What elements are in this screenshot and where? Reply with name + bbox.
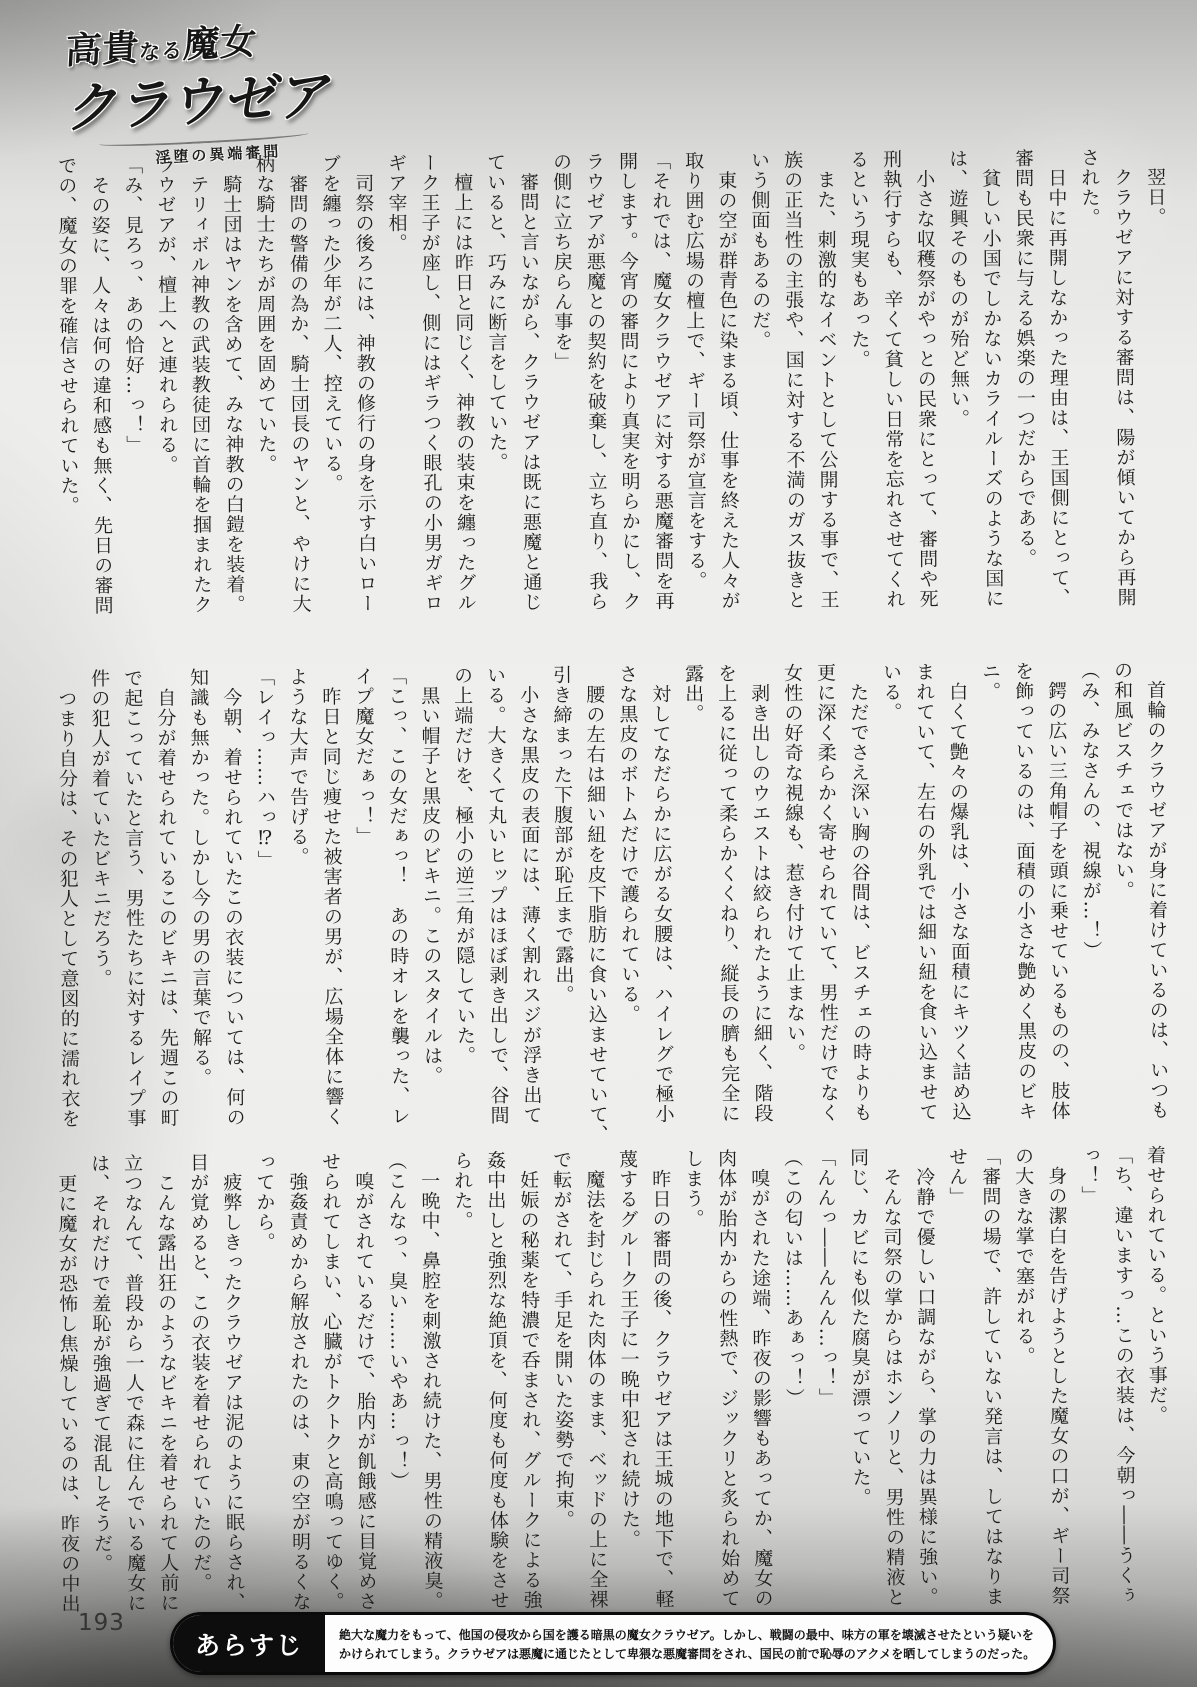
text-column: 昨日の審問の後、クラウゼアは王城の地下で、軽 [643,1149,680,1609]
text-column: ーク王子が座し、側にはギラつく眼孔の小男ガギロ [412,153,449,613]
text-column: まれていて、左右の外乳では細い紐を食い込ませて [907,662,944,1142]
text-column: 同じ、カビにも似た腐臭が漂っていた。 [841,1147,878,1607]
text-column: 立つなんて、普段から一人で森に住んでいる魔女に [115,1153,152,1613]
novel-page: 高貴なる魔女 クラウゼア 淫堕の異端審問 翌日。 クラウゼアに対する審問は、陽が… [0,0,1197,1687]
text-column: された。 [1072,148,1109,608]
text-column: 引き締まった下腹部が恥丘まで露出。 [544,665,581,1145]
text-column: 腰の左右は細い紐を皮下脂肪に食い込ませていて、 [577,664,614,1144]
text-column: また、刺激的なイベントとして公開する事で、王 [808,150,845,610]
text-column: の上端だけを、極小の逆三角が隠していた。 [445,665,482,1145]
text-column: 対してなだらかに広がる女腰は、ハイレグで極小 [643,664,680,1144]
text-column: 露出。 [676,664,713,1144]
text-column: 族の正当性の主張や、国に対する不満のガス抜きと [775,150,812,610]
text-column: られた。 [445,1150,482,1610]
text-column: 今朝、着せられていたこの衣装については、何の [214,667,251,1147]
text-column: つまり自分は、その犯人として意図的に濡れ衣を [49,669,86,1149]
text-column: の大きな掌で塞がれる。 [1006,1146,1043,1606]
text-column: ギア宰相。 [379,153,416,613]
synopsis-label: あらすじ [173,1615,325,1672]
series-logo: 高貴なる魔女 クラウゼア 淫堕の異端審問 [64,9,351,172]
text-column: 檀上には昨日と同じく、神教の装束を纏ったグル [445,152,482,612]
text-column: 蔑するグルーク王子に一晩中犯され続けた。 [610,1149,647,1609]
text-column: （こんなっ、臭い……いやあ…っ！） [379,1151,416,1611]
text-column: ラウゼアが、檀上へと連れられる。 [148,155,185,615]
text-column: 「それでは、魔女クラウゼアに対する悪魔審問を再 [643,151,680,611]
text-column: ブを纏った少年が二人、控えている。 [313,153,350,613]
text-column: 「み、見ろっ、あの恰好…っ！」 [115,155,152,615]
text-column: しまう。 [676,1149,713,1609]
text-column: テリィボル神教の武装教徒団に首輪を掴まれたク [181,155,218,615]
text-column: 知識も無かった。しかし今の男の言葉で解る。 [181,668,218,1148]
text-column: 鍔の広い三角帽子を頭に乗せているものの、肢体 [1039,661,1076,1141]
text-column: 一晩中、鼻腔を刺激され続けた、男性の精液臭。 [412,1151,449,1611]
text-band-top: 翌日。 クラウゼアに対する審問は、陽が傾いてから再開された。 日中に再開しなかっ… [49,147,1175,616]
text-column: ってから。 [247,1152,284,1612]
text-column: 嗅がされた途端、昨夜の影響もあってか、魔女の [742,1148,779,1608]
text-column: 更に魔女が恐怖し焦燥しているのは、昨夜の中出 [49,1154,86,1614]
text-column: せられてしまい、心臓がトクトクと高鳴ってゆく。 [313,1151,350,1611]
text-column: 柄な騎士たちが周囲を固めていた。 [247,154,284,614]
text-column: クラウゼアに対する審問は、陽が傾いてから再開 [1105,147,1142,607]
text-band-middle: 首輪のクラウゼアが身に着けているのは、いつもの和風ビスチェではない。（み、みなさ… [49,660,1175,1149]
text-column: るという現実もあった。 [841,149,878,609]
text-column: 日中に再開しなかった理由は、王国側にとって、 [1039,148,1076,608]
text-column: の和風ビスチェではない。 [1105,660,1142,1140]
text-column: 更に深く柔らかく寄せられていて、男性だけでなく [808,663,845,1143]
text-column: 取り囲む広場の檀上で、ギー司祭が宣言をする。 [676,151,713,611]
text-column: 嗅がされているだけで、胎内が飢餓感に目覚めさ [346,1151,383,1611]
text-column: 件の犯人が着ていたビキニだろう。 [82,668,119,1148]
text-column: いる。 [874,662,911,1142]
text-column: 審問も民衆に与える娯楽の一つだからである。 [1006,148,1043,608]
text-column: は、それだけで羞恥が強過ぎて混乱しそうだ。 [82,1153,119,1613]
text-column: 「こっ、この女だぁっ！ あの時オレを襲った、レ [379,666,416,1146]
synopsis-bar: あらすじ 絶大な魔力をもって、他国の侵攻から国を護る暗黒の魔女クラウゼア。しかし… [170,1612,1056,1675]
text-column: イプ魔女だぁっ！」 [346,666,383,1146]
text-column: での、魔女の罪を確信させられていた。 [49,156,86,616]
text-column: 審問の警備の為か、騎士団長のヤンと、やけに大 [280,154,317,614]
text-column: 司祭の後ろには、神教の修行の身を示す白いロー [346,153,383,613]
text-column: で転がされて、手足を開いた姿勢で拘束。 [544,1150,581,1610]
text-column: 翌日。 [1138,147,1175,607]
text-column: 昨日と同じ痩せた被害者の男が、広場全体に響く [313,666,350,1146]
text-column: 「んんっ――んんん…っ！」 [808,1148,845,1608]
text-column: いう側面もあるのだ。 [742,150,779,610]
text-column: 冷静で優しい口調ながら、掌の力は異様に強い。 [907,1147,944,1607]
text-band-bottom: 着せられている。という事だ。「ち、違いますっ…この衣装は、今朝っ――うくぅっ！」… [49,1145,1175,1614]
text-column: 白くて艶々の爆乳は、小さな面積にキツく詰め込 [940,662,977,1142]
text-column: っ！」 [1072,1146,1109,1606]
text-column: せん」 [940,1147,977,1607]
text-column: 剥き出しのウエストは絞られたように細く、階段 [742,663,779,1143]
text-column: 妊娠の秘薬を特濃で呑まされ、グルークによる強 [511,1150,548,1610]
text-column: （この匂いは……あぁっ！） [775,1148,812,1608]
text-column: 肉体が胎内からの性熱で、ジックリと炙られ始めて [709,1148,746,1608]
text-column: さな黒皮のボトムだけで護られている。 [610,664,647,1144]
text-column: 騎士団はヤンを含めて、みな神教の白鎧を装着。 [214,154,251,614]
text-column: ニ。 [973,661,1010,1141]
text-column: （み、みなさんの、視線が…！） [1072,661,1109,1141]
text-column: 開します。今宵の審問により真実を明らかにし、ク [610,151,647,611]
text-column: 小さな黒皮の表面には、薄く割れスジが浮き出て [511,665,548,1145]
text-column: いる。大きくて丸いヒップはほぼ剥き出しで、谷間 [478,665,515,1145]
text-column: 黒い帽子と黒皮のビキニ。このスタイルは。 [412,666,449,1146]
text-column: 女性の好奇な視線も、惹き付けて止まない。 [775,663,812,1143]
page-number: 193 [78,1610,125,1636]
text-column: こんな露出狂のようなビキニを着せられて人前に [148,1153,185,1613]
text-column: そんな司祭の掌からはホンノリと、男性の精液と [874,1147,911,1607]
text-column: は、遊興そのものが殆ど無い。 [940,149,977,609]
text-column: ような大声で告げる。 [280,667,317,1147]
text-column: 身の潔白を告げようとした魔女の口が、ギー司祭 [1039,1146,1076,1606]
text-column: 「ち、違いますっ…この衣装は、今朝っ――うくぅ [1105,1145,1142,1605]
text-column: 東の空が群青色に染まる頃、仕事を終えた人々が [709,150,746,610]
text-column: の側に立ち戻らん事を」 [544,152,581,612]
text-column: を上るに従って柔らかくくねり、縦長の臍も完全に [709,663,746,1143]
text-column: 強姦責めから解放されたのは、東の空が明るくな [280,1152,317,1612]
text-column: ただでさえ深い胸の谷間は、ビスチェの時よりも [841,662,878,1142]
text-column: 「レイっ……ハっ⁉」 [247,667,284,1147]
text-column: 着せられている。という事だ。 [1138,1145,1175,1605]
logo-title-line2: クラウゼア [62,51,354,143]
text-column: ラウゼアが悪魔との契約を破棄し、立ち直り、我ら [577,151,614,611]
text-column: その姿に、人々は何の違和感も無く、先日の審問 [82,155,119,615]
text-column: 審問と言いながら、クラウゼアは既に悪魔と通じ [511,152,548,612]
text-column: 魔法を封じられた肉体のまま、ベッドの上に全裸 [577,1149,614,1609]
text-column: ていると、巧みに断言をしていた。 [478,152,515,612]
text-column: 貧しい小国でしかないカライルーズのような国に [973,148,1010,608]
text-column: 目が覚めると、この衣装を着せられていたのだ。 [181,1153,218,1613]
text-column: で起こっていたと言う、男性たちに対するレイプ事 [115,668,152,1148]
text-column: 刑執行すらも、辛くて貧しい日常を忘れさせてくれ [874,149,911,609]
text-column: 自分が着せられているこのビキニは、先週この町 [148,668,185,1148]
synopsis-text: 絶大な魔力をもって、他国の侵攻から国を護る暗黒の魔女クラウゼア。しかし、戦闘の最… [325,1615,1053,1672]
text-column: 小さな収穫祭がやっとの民衆にとって、審問や死 [907,149,944,609]
text-column: 首輪のクラウゼアが身に着けているのは、いつも [1138,660,1175,1140]
text-column: 疲弊しきったクラウゼアは泥のように眠らされ、 [214,1152,251,1612]
text-column: を飾っているのは、面積の小さな艶めく黒皮のビキ [1006,661,1043,1141]
text-column: 「審問の場で、許していない発言は、してはなりま [973,1146,1010,1606]
text-column: 姦中出しと強烈な絶頂を、何度も何度も体験をさせ [478,1150,515,1610]
